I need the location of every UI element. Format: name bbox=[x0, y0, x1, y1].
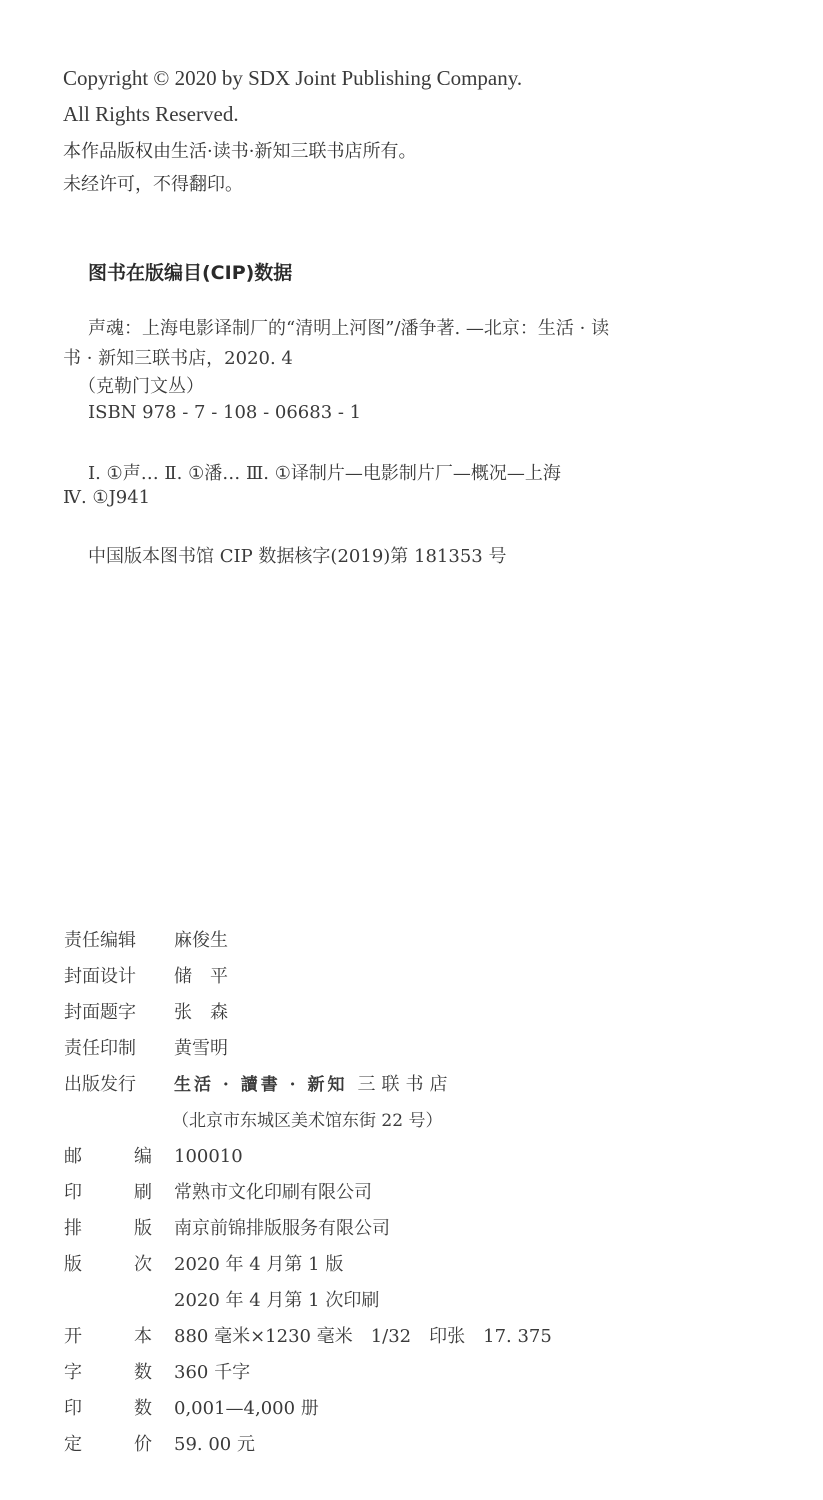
detail-label-b: 本 bbox=[134, 1322, 152, 1348]
cip-number: 中国版本图书馆 CIP 数据核字(2019)第 181353 号 bbox=[88, 542, 506, 568]
detail-row: 排版南京前锦排版服务有限公司 bbox=[64, 1214, 390, 1240]
cip-subjects-line1: Ⅰ. ①声… Ⅱ. ①潘… Ⅲ. ①译制片—电影制片厂—概况—上海 bbox=[88, 459, 561, 485]
detail-row: 字数360 千字 bbox=[64, 1358, 250, 1384]
credit-row: 责任编辑麻俊生 bbox=[64, 926, 228, 952]
detail-label-a: 印 bbox=[64, 1394, 134, 1420]
cip-title: 图书在版编目(CIP)数据 bbox=[88, 258, 292, 285]
detail-row: 印刷常熟市文化印刷有限公司 bbox=[64, 1178, 372, 1204]
detail-row: 版次2020 年 4 月第 1 版 bbox=[64, 1250, 343, 1276]
cip-subjects-line2: Ⅳ. ①J941 bbox=[63, 487, 150, 508]
detail-label-a: 邮 bbox=[64, 1142, 134, 1168]
rights-reserved: All Rights Reserved. bbox=[63, 102, 239, 127]
detail-label-a: 定 bbox=[64, 1430, 134, 1456]
credit-value: 张 森 bbox=[174, 998, 228, 1024]
detail-label-a: 印 bbox=[64, 1178, 134, 1204]
cip-entry-line2: 书 · 新知三联书店，2020. 4 bbox=[63, 344, 293, 370]
credit-value: 麻俊生 bbox=[174, 926, 228, 952]
detail-value: 360 千字 bbox=[174, 1358, 250, 1384]
credit-row: 封面题字张 森 bbox=[64, 998, 228, 1024]
detail-value: 南京前锦排版服务有限公司 bbox=[174, 1214, 390, 1240]
detail-label-a: 排 bbox=[64, 1214, 134, 1240]
detail-row: 开本880 毫米×1230 毫米 1/32 印张 17. 375 bbox=[64, 1322, 552, 1348]
credit-label: 封面题字 bbox=[64, 998, 174, 1024]
no-reprint-notice: 未经许可，不得翻印。 bbox=[63, 170, 243, 196]
detail-value: 880 毫米×1230 毫米 1/32 印张 17. 375 bbox=[174, 1322, 552, 1348]
credit-label: 责任编辑 bbox=[64, 926, 174, 952]
credit-row: 封面设计储 平 bbox=[64, 962, 228, 988]
cip-entry-line1: 声魂：上海电影译制厂的“清明上河图”/潘争著. —北京：生活 · 读 bbox=[88, 314, 609, 340]
credit-row: 责任印制黄雪明 bbox=[64, 1034, 228, 1060]
detail-label-b: 价 bbox=[134, 1430, 152, 1456]
publisher-address: （北京市东城区美术馆东街 22 号） bbox=[172, 1106, 442, 1131]
detail-label-b: 编 bbox=[134, 1142, 152, 1168]
detail-label-a: 版 bbox=[64, 1250, 134, 1276]
copyright-line-english: Copyright © 2020 by SDX Joint Publishing… bbox=[63, 66, 522, 91]
detail-value: 2020 年 4 月第 1 版 bbox=[174, 1250, 343, 1276]
publisher-brand-logo: 生活 · 讀書 · 新知 bbox=[174, 1070, 348, 1095]
publisher-label: 出版发行 bbox=[64, 1070, 174, 1096]
cip-isbn: ISBN 978 - 7 - 108 - 06683 - 1 bbox=[88, 402, 361, 423]
credit-label: 责任印制 bbox=[64, 1034, 174, 1060]
detail-row: 定价59. 00 元 bbox=[64, 1430, 255, 1456]
detail-label-b: 刷 bbox=[134, 1178, 152, 1204]
detail-value: 59. 00 元 bbox=[174, 1430, 255, 1456]
detail-value: 常熟市文化印刷有限公司 bbox=[174, 1178, 372, 1204]
detail-label-a: 开 bbox=[64, 1322, 134, 1348]
copyright-line-chinese: 本作品版权由生活·读书·新知三联书店所有。 bbox=[63, 137, 416, 163]
detail-value: 2020 年 4 月第 1 次印刷 bbox=[174, 1286, 379, 1312]
detail-label-b: 版 bbox=[134, 1214, 152, 1240]
publisher-row: 出版发行生活 · 讀書 · 新知三联书店 bbox=[64, 1070, 454, 1096]
credit-value: 黄雪明 bbox=[174, 1034, 228, 1060]
credit-label: 封面设计 bbox=[64, 962, 174, 988]
detail-row: 印数0,001—4,000 册 bbox=[64, 1394, 319, 1420]
detail-label-b: 数 bbox=[134, 1394, 152, 1420]
detail-label-b: 数 bbox=[134, 1358, 152, 1384]
detail-label-a: 字 bbox=[64, 1358, 134, 1384]
detail-value: 100010 bbox=[174, 1146, 243, 1167]
detail-label-b: 次 bbox=[134, 1250, 152, 1276]
detail-value: 0,001—4,000 册 bbox=[174, 1394, 319, 1420]
detail-row: 邮编100010 bbox=[64, 1142, 243, 1168]
publisher-name: 三联书店 bbox=[358, 1070, 454, 1096]
credit-value: 储 平 bbox=[174, 962, 228, 988]
detail-row: 2020 年 4 月第 1 次印刷 bbox=[64, 1286, 379, 1312]
cip-series: （克勒门文丛） bbox=[78, 372, 204, 398]
